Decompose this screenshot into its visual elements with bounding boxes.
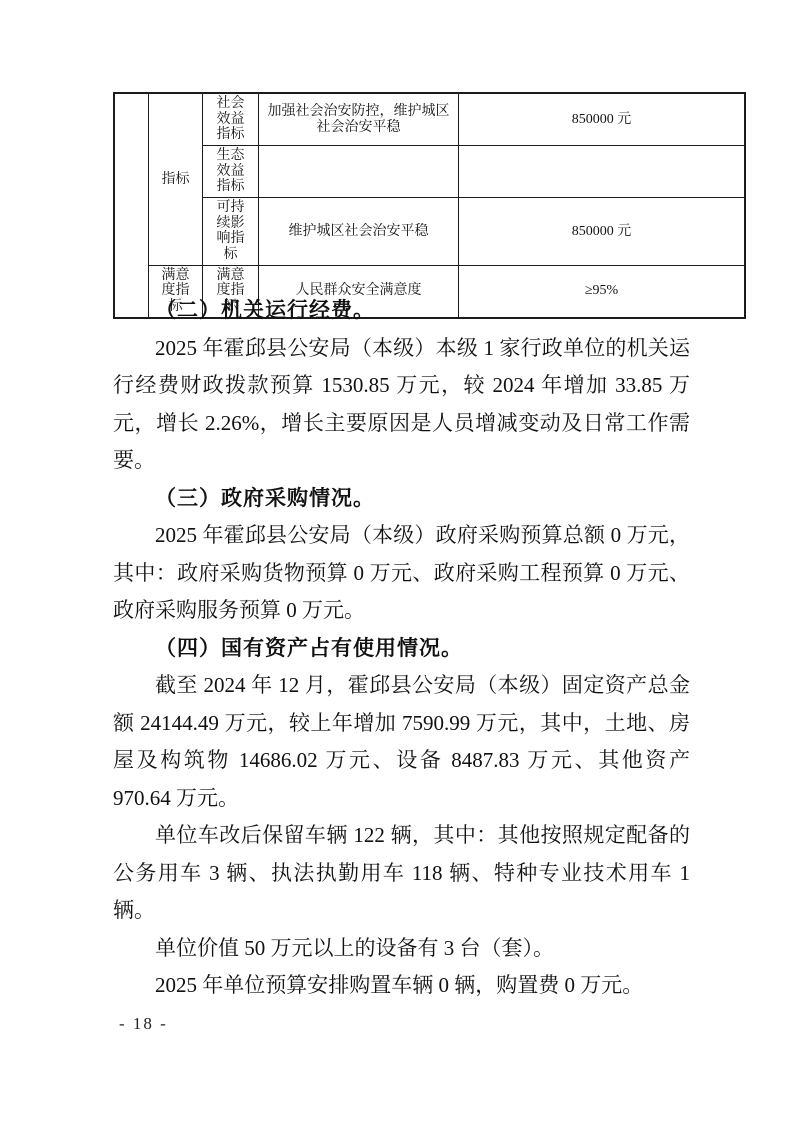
table-row: 指标 社会 效益 指标 加强社会治安防控，维护城区社会治安平稳 850000 元 [114, 93, 745, 146]
section-heading-state-assets: （四）国有资产占有使用情况。 [113, 630, 690, 668]
paragraph-agency-operating-expenses: 2025 年霍邱县公安局（本级）本级 1 家行政单位的机关运行经费财政拨款预算 … [113, 330, 690, 480]
paragraph-government-procurement: 2025 年霍邱县公安局（本级）政府采购预算总额 0 万元，其中：政府采购货物预… [113, 517, 690, 630]
document-body: （二）机关运行经费。 2025 年霍邱县公安局（本级）本级 1 家行政单位的机关… [113, 292, 690, 1005]
table-cell-sub-eco-benefit: 生态 效益 指标 [203, 146, 259, 198]
table-cell-content-social-benefit: 加强社会治安防控，维护城区社会治安平稳 [259, 93, 459, 146]
document-page: 指标 社会 效益 指标 加强社会治安防控，维护城区社会治安平稳 850000 元… [0, 0, 793, 1122]
table-cell-value-eco-benefit [459, 146, 746, 198]
table-cell-content-sustainability: 维护城区社会治安平稳 [259, 198, 459, 266]
performance-indicator-table: 指标 社会 效益 指标 加强社会治安防控，维护城区社会治安平稳 850000 元… [113, 92, 746, 319]
paragraph-fixed-assets-total: 截至 2024 年 12 月，霍邱县公安局（本级）固定资产总金额 24144.4… [113, 667, 690, 817]
table-cell-sub-social-benefit: 社会 效益 指标 [203, 93, 259, 146]
page-number: - 18 - [119, 1012, 168, 1036]
table-cell-content-eco-benefit [259, 146, 459, 198]
table-row: 生态 效益 指标 [114, 146, 745, 198]
section-heading-agency-operating-expenses: （二）机关运行经费。 [113, 292, 690, 330]
table-cell-empty-spacer [114, 93, 149, 318]
paragraph-vehicle-purchase-budget: 2025 年单位预算安排购置车辆 0 辆，购置费 0 万元。 [113, 967, 690, 1005]
table-cell-category-indicator: 指标 [149, 93, 203, 265]
table-cell-value-social-benefit: 850000 元 [459, 93, 746, 146]
section-heading-government-procurement: （三）政府采购情况。 [113, 480, 690, 518]
table-row: 可持 续影 响指 标 维护城区社会治安平稳 850000 元 [114, 198, 745, 266]
table-cell-sub-sustainability: 可持 续影 响指 标 [203, 198, 259, 266]
paragraph-equipment-over-50w: 单位价值 50 万元以上的设备有 3 台（套）。 [113, 930, 690, 968]
table-cell-value-sustainability: 850000 元 [459, 198, 746, 266]
paragraph-retained-vehicles: 单位车改后保留车辆 122 辆，其中：其他按照规定配备的公务用车 3 辆、执法执… [113, 817, 690, 930]
